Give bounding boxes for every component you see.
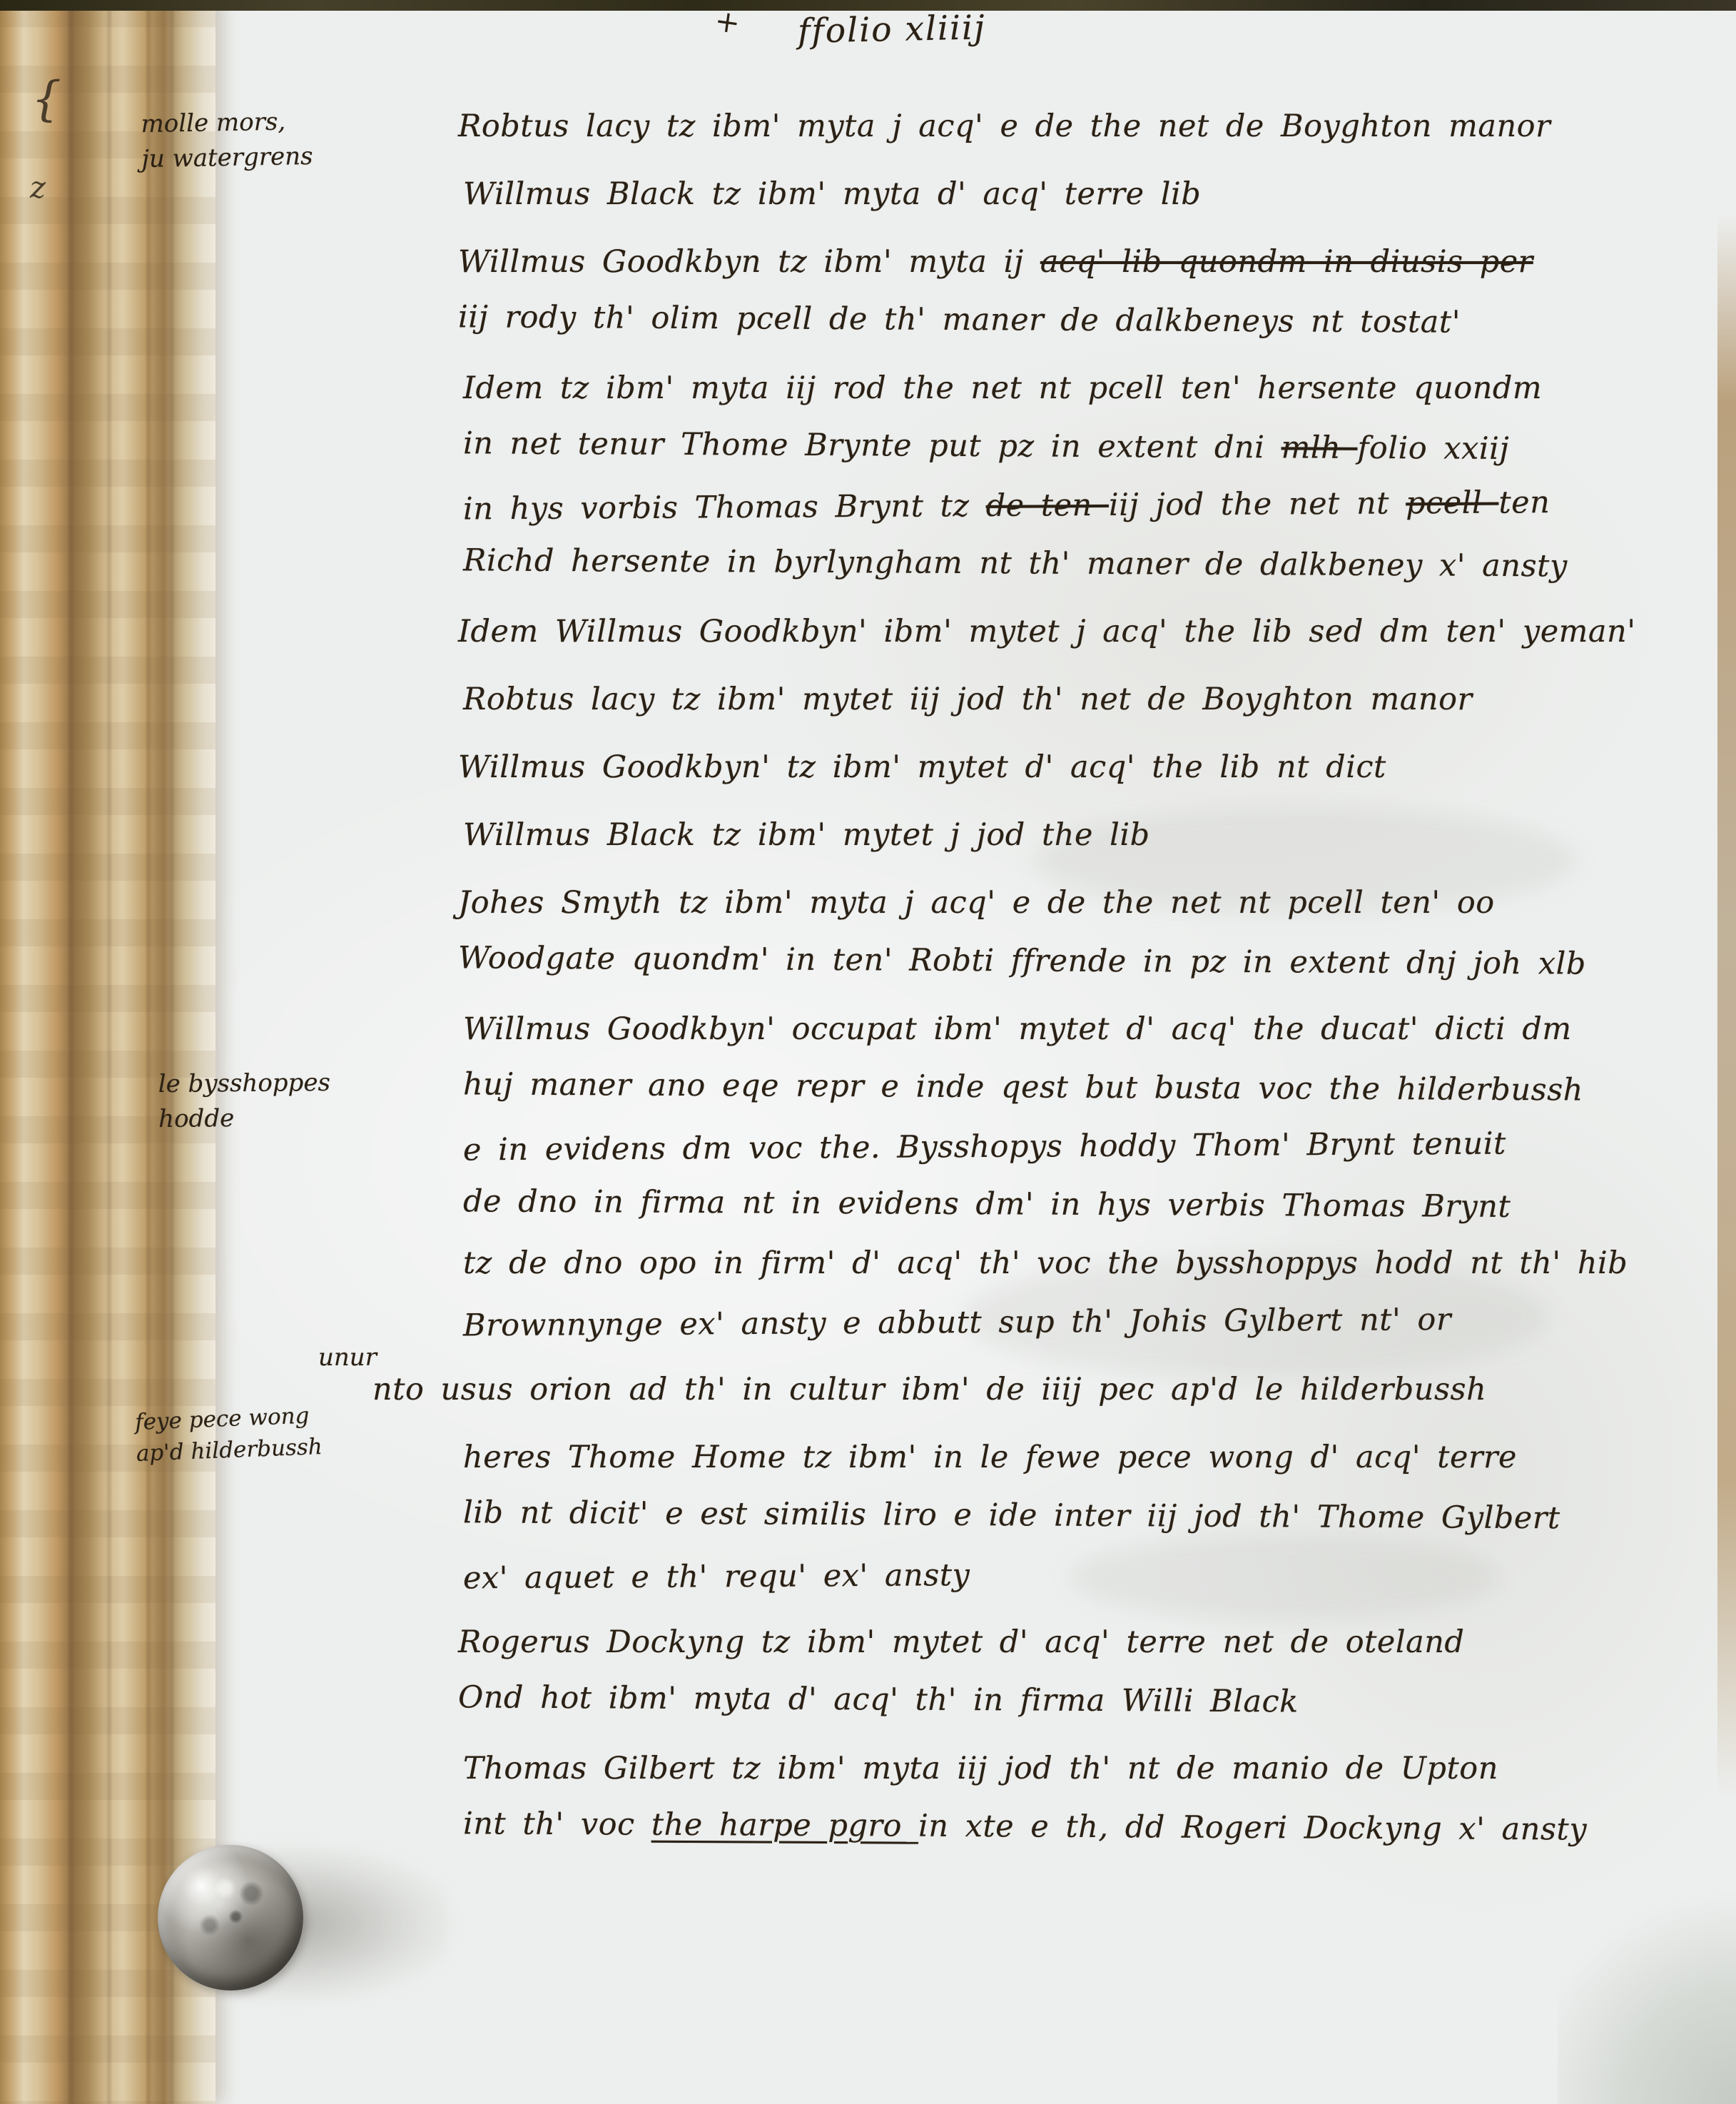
margin-note-line: ap'd hilderbussh [136, 1431, 323, 1470]
text-segment: ex' aquet e th' requ' ex' ansty [463, 1557, 970, 1596]
text-segment: Willmus Black tz ibm' mytet j jod the li… [463, 817, 1150, 853]
manuscript-line: iij rody th' olim pcell de th' maner de … [458, 288, 1735, 353]
entry-paragraph: Willmus Black tz ibm' mytet j jod the li… [463, 806, 1735, 864]
entry-paragraph: Willmus Black tz ibm' myta d' acq' terre… [463, 165, 1735, 223]
text-segment: Willmus Goodkbyn' tz ibm' mytet d' acq' … [458, 749, 1386, 785]
manuscript-line: Idem tz ibm' myta iij rod the net nt pce… [463, 359, 1735, 418]
struck-text: pcell [1406, 485, 1499, 522]
text-segment: e in evidens dm voc the. Bysshopys hoddy… [463, 1126, 1506, 1168]
text-segment: Rogerus Dockyng tz ibm' mytet d' acq' te… [458, 1624, 1464, 1660]
manuscript-line: Willmus Goodkbyn tz ibm' myta ij acq' li… [458, 233, 1735, 291]
text-segment: Johes Smyth tz ibm' myta j acq' e de the… [458, 885, 1495, 921]
entry-paragraph: Robtus lacy tz ibm' mytet iij jod th' ne… [463, 670, 1735, 729]
entry-paragraph: Idem tz ibm' myta iij rod the net nt pce… [463, 359, 1735, 593]
underlined-text: the harpe pgro [651, 1807, 919, 1844]
text-segment: nto usus orion ad th' in cultur ibm' de … [372, 1372, 1486, 1407]
text-segment: huj maner ano eqe repr e inde qest but b… [463, 1066, 1583, 1108]
margin-note-line: le bysshoppes [158, 1066, 331, 1102]
text-segment: in net tenur Thome Brynte put pz in exte… [463, 425, 1281, 465]
manuscript-line: Willmus Black tz ibm' mytet j jod the li… [463, 806, 1735, 864]
folio-heading: ffolio xliiij [797, 8, 986, 51]
text-segment: heres Thome Home tz ibm' in le fewe pece… [463, 1440, 1517, 1475]
margin-note-line: hodde [158, 1101, 331, 1137]
book-top-edge [0, 0, 1736, 11]
struck-text: de ten [986, 487, 1110, 524]
entry-paragraph: Willmus Goodkbyn' occupat ibm' mytet d' … [463, 1000, 1735, 1351]
text-segment: Willmus Black tz ibm' myta d' acq' terre… [463, 176, 1201, 212]
margin-note-feye-pece: feye pece wong ap'd hilderbussh [134, 1400, 323, 1470]
manuscript-line: tz de dno opo in firm' d' acq' th' voc t… [463, 1234, 1735, 1293]
text-segment: Woodgate quondm' in ten' Robti ffrende i… [458, 940, 1586, 981]
manuscript-line: Thomas Gilbert tz ibm' myta iij jod th' … [463, 1739, 1735, 1798]
manuscript-line: Robtus lacy tz ibm' myta j acq' e de the… [458, 97, 1735, 156]
manuscript-line: Willmus Goodkbyn' occupat ibm' mytet d' … [463, 1000, 1735, 1058]
margin-note-unur: unur [318, 1340, 377, 1375]
margin-note-watergrene: molle mors, ju watergrens [141, 104, 313, 177]
manuscript-line: Ond hot ibm' myta d' acq' th' in firma W… [458, 1668, 1735, 1733]
manuscript-line: lib nt dicit' e est similis liro e ide i… [463, 1483, 1735, 1548]
manuscript-line: Woodgate quondm' in ten' Robti ffrende i… [458, 929, 1735, 993]
entry-paragraph: Willmus Goodkbyn' tz ibm' mytet d' acq' … [458, 738, 1735, 796]
text-segment: in hys vorbis Thomas Brynt tz [463, 488, 986, 527]
stud-hammered-texture [178, 1862, 283, 1967]
entry-paragraph: Johes Smyth tz ibm' myta j acq' e de the… [458, 874, 1735, 991]
text-segment: int th' voc [463, 1806, 651, 1842]
text-segment: in xte e th, dd Rogeri Dockyng x' ansty [918, 1809, 1587, 1848]
book-spine-edge [0, 0, 215, 2104]
manuscript-line: ex' aquet e th' requ' ex' ansty [463, 1542, 1735, 1608]
text-segment: lib nt dicit' e est similis liro e ide i… [463, 1494, 1560, 1536]
text-segment: de dno in firma nt in evidens dm' in hys… [463, 1183, 1511, 1225]
manuscript-line: heres Thome Home tz ibm' in le fewe pece… [463, 1428, 1735, 1487]
text-block: Robtus lacy tz ibm' myta j acq' e de the… [458, 97, 1735, 1866]
margin-note-bysshoppes-hodde: le bysshoppes hodde [158, 1066, 331, 1137]
text-segment: Idem tz ibm' myta iij rod the net nt pce… [463, 370, 1542, 406]
text-segment: Robtus lacy tz ibm' mytet iij jod th' ne… [463, 682, 1473, 717]
struck-text: mlh [1281, 430, 1357, 466]
manuscript-line: Richd hersente in byrlyngham nt th' mane… [463, 531, 1735, 596]
margin-note-line: unur [318, 1340, 377, 1375]
entry-paragraph: Willmus Goodkbyn tz ibm' myta ij acq' li… [458, 233, 1735, 350]
entry-paragraph: Thomas Gilbert tz ibm' myta iij jod th' … [463, 1739, 1735, 1856]
manuscript-line: in net tenur Thome Brynte put pz in exte… [463, 414, 1735, 479]
text-segment: Willmus Goodkbyn tz ibm' myta ij [458, 244, 1040, 280]
text-segment: Thomas Gilbert tz ibm' myta iij jod th' … [463, 1751, 1498, 1786]
text-segment: tz de dno opo in firm' d' acq' th' voc t… [463, 1245, 1628, 1281]
margin-note-line: molle mors, [141, 104, 313, 142]
spine-streak [170, 0, 174, 2104]
text-segment: Richd hersente in byrlyngham nt th' mane… [463, 542, 1568, 584]
manuscript-line: Willmus Goodkbyn' tz ibm' mytet d' acq' … [458, 738, 1735, 796]
spine-streak [68, 0, 73, 2104]
margin-note-line: ju watergrens [141, 139, 313, 177]
text-segment: Idem Willmus Goodkbyn' ibm' mytet j acq'… [458, 614, 1636, 649]
text-segment: Brownnynge ex' ansty e abbutt sup th' Jo… [463, 1302, 1451, 1343]
text-segment: ten [1498, 485, 1550, 520]
manuscript-line: e in evidens dm voc the. Bysshopys hoddy… [463, 1113, 1735, 1180]
manuscript-line: Brownnynge ex' ansty e abbutt sup th' Jo… [463, 1289, 1735, 1355]
manuscript-line: int th' voc the harpe pgro in xte e th, … [463, 1794, 1735, 1859]
fore-edge-pen-mark: z [30, 170, 46, 205]
manuscript-line: nto usus orion ad th' in cultur ibm' de … [372, 1360, 1735, 1419]
manuscript-line: in hys vorbis Thomas Brynt tz de ten iij… [463, 472, 1735, 539]
metal-stud [158, 1845, 303, 1991]
manuscript-line: Robtus lacy tz ibm' mytet iij jod th' ne… [463, 670, 1735, 729]
manuscript-line: Johes Smyth tz ibm' myta j acq' e de the… [458, 874, 1735, 932]
manuscript-line: Idem Willmus Goodkbyn' ibm' mytet j acq'… [458, 602, 1735, 661]
entry-paragraph: Rogerus Dockyng tz ibm' mytet d' acq' te… [458, 1613, 1735, 1730]
spine-streak [146, 0, 151, 2104]
entry-paragraph: Idem Willmus Goodkbyn' ibm' mytet j acq'… [458, 602, 1735, 661]
text-segment: Ond hot ibm' myta d' acq' th' in firma W… [458, 1679, 1299, 1719]
manuscript-page: { z + ffolio xliiij molle mors, ju water… [0, 0, 1736, 2104]
struck-text: acq' lib quondm in diusis per [1040, 244, 1533, 280]
page-corner-shadow [1558, 1868, 1736, 2104]
spine-streak [107, 0, 111, 2104]
text-segment: iij rody th' olim pcell de th' maner de … [458, 299, 1461, 340]
text-segment: folio xxiij [1357, 430, 1509, 467]
entry-paragraph: nto usus orion ad th' in cultur ibm' de … [458, 1360, 1735, 1419]
text-segment: iij jod the net nt [1109, 485, 1406, 523]
fore-edge-pen-mark: { [31, 71, 61, 126]
text-segment: Willmus Goodkbyn' occupat ibm' mytet d' … [463, 1011, 1572, 1047]
manuscript-line: huj maner ano eqe repr e inde qest but b… [463, 1055, 1735, 1120]
manuscript-line: Willmus Black tz ibm' myta d' acq' terre… [463, 165, 1735, 223]
entry-paragraph: heres Thome Home tz ibm' in le fewe pece… [463, 1428, 1735, 1604]
entry-paragraph: Robtus lacy tz ibm' myta j acq' e de the… [458, 97, 1735, 156]
text-segment: Robtus lacy tz ibm' myta j acq' e de the… [458, 108, 1550, 144]
manuscript-line: Rogerus Dockyng tz ibm' mytet d' acq' te… [458, 1613, 1735, 1671]
manuscript-line: de dno in firma nt in evidens dm' in hys… [463, 1172, 1735, 1237]
cross-mark: + [713, 3, 743, 41]
